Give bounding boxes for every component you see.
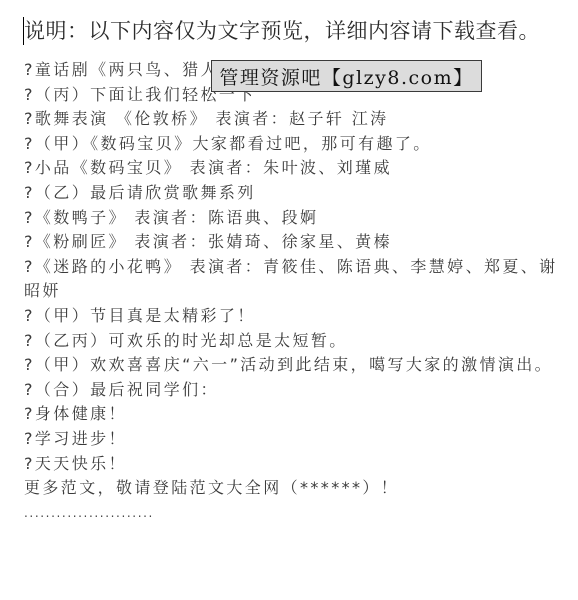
line-he-wishes: ?（合）最后祝同学们：	[24, 378, 564, 403]
line-jia-wonderful: ?（甲）节目真是太精彩了！	[24, 304, 564, 329]
line-yi-song-series: ?（乙）最后请欣赏歌舞系列	[24, 181, 564, 206]
preview-notice-heading: 说明：以下内容仅为文字预览，详细内容请下载查看。	[24, 17, 540, 45]
watermark-banner: 管理资源吧【glzy8.com】	[211, 60, 482, 92]
line-jia-event-end: ?（甲）欢欢喜喜庆“六一”活动到此结束，噶写大家的激情演出。	[24, 353, 564, 378]
line-lost-duckling: ?《迷路的小花鸭》 表演者：青筱佳、陈语典、李慧婷、郑夏、谢昭妍	[24, 255, 564, 304]
line-good-health: ?身体健康！	[24, 402, 564, 427]
dotted-separator: ........................	[24, 501, 564, 526]
line-counting-ducks: ?《数鸭子》 表演者：陈语典、段婀	[24, 206, 564, 231]
line-more-essays-link: 更多范文，敬请登陆范文大全网（******）！	[24, 476, 564, 501]
line-skit-digimon: ?小品《数码宝贝》 表演者：朱叶波、刘瑾威	[24, 156, 564, 181]
line-happy-every-day: ?天天快乐！	[24, 452, 564, 477]
line-painter: ?《粉刷匠》 表演者：张婧琦、徐家星、黄榛	[24, 230, 564, 255]
line-song-dance-london-bridge: ?歌舞表演 《伦敦桥》 表演者：赵子轩 江涛	[24, 107, 564, 132]
line-jia-digimon: ?（甲）《数码宝贝》大家都看过吧，那可有趣了。	[24, 132, 564, 157]
line-study-progress: ?学习进步！	[24, 427, 564, 452]
document-body: ?童话剧《两只鸟、猎人和老鼠》表演者：陈语典、阎夏 ?（丙）下面让我们轻松一下 …	[24, 58, 564, 525]
line-yibing-short-time: ?（乙丙）可欢乐的时光却总是太短暂。	[24, 329, 564, 354]
